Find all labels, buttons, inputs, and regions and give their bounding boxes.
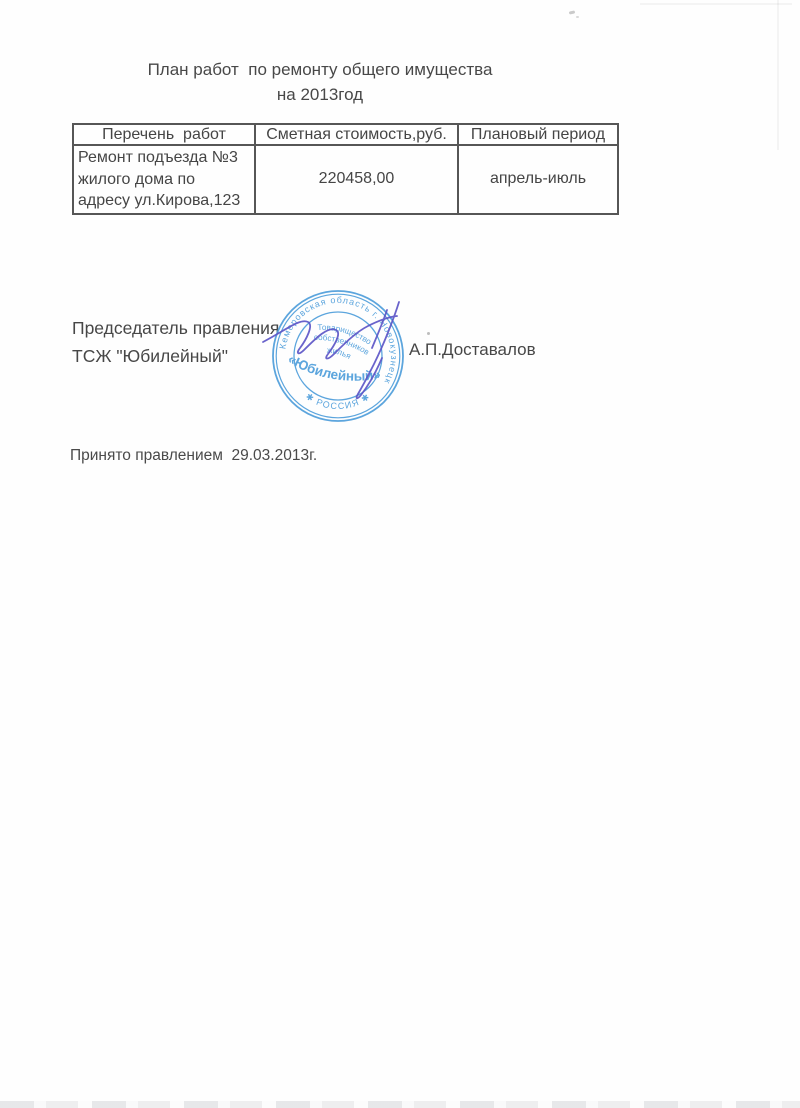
- signature-position-block: Председатель правления ТСЖ "Юбилейный": [72, 315, 279, 370]
- table-header-works: Перечень работ: [73, 124, 255, 145]
- position-title-line2: ТСЖ "Юбилейный": [72, 343, 279, 371]
- table-header-row: Перечень работ Сметная стоимость,руб. Пл…: [73, 124, 618, 145]
- position-title-line1: Председатель правления: [72, 315, 279, 343]
- table-row: Ремонт подъезда №3 жилого дома по адресу…: [73, 145, 618, 214]
- work-plan-table: Перечень работ Сметная стоимость,руб. Пл…: [72, 123, 619, 215]
- cell-estimated-cost: 220458,00: [255, 145, 458, 214]
- scan-speckle: [576, 16, 579, 18]
- document-title-line2: на 2013год: [0, 83, 640, 107]
- scanned-document-page: План работ по ремонту общего имущества н…: [0, 0, 800, 1108]
- scan-speckle: [569, 10, 575, 14]
- cell-planned-period: апрель-июль: [458, 145, 618, 214]
- approval-line: Принято правлением 29.03.2013г.: [70, 447, 317, 465]
- signer-name: А.П.Доставалов: [409, 340, 536, 360]
- table-header-cost: Сметная стоимость,руб.: [255, 124, 458, 145]
- scanner-edge-band: [0, 1101, 800, 1108]
- document-title-line1: План работ по ремонту общего имущества: [0, 58, 640, 82]
- scan-speckle: [427, 332, 430, 335]
- cell-work-description: Ремонт подъезда №3 жилого дома по адресу…: [73, 145, 255, 214]
- table-header-period: Плановый период: [458, 124, 618, 145]
- scan-artifact-line: [640, 3, 792, 5]
- scan-artifact-line: [777, 0, 779, 150]
